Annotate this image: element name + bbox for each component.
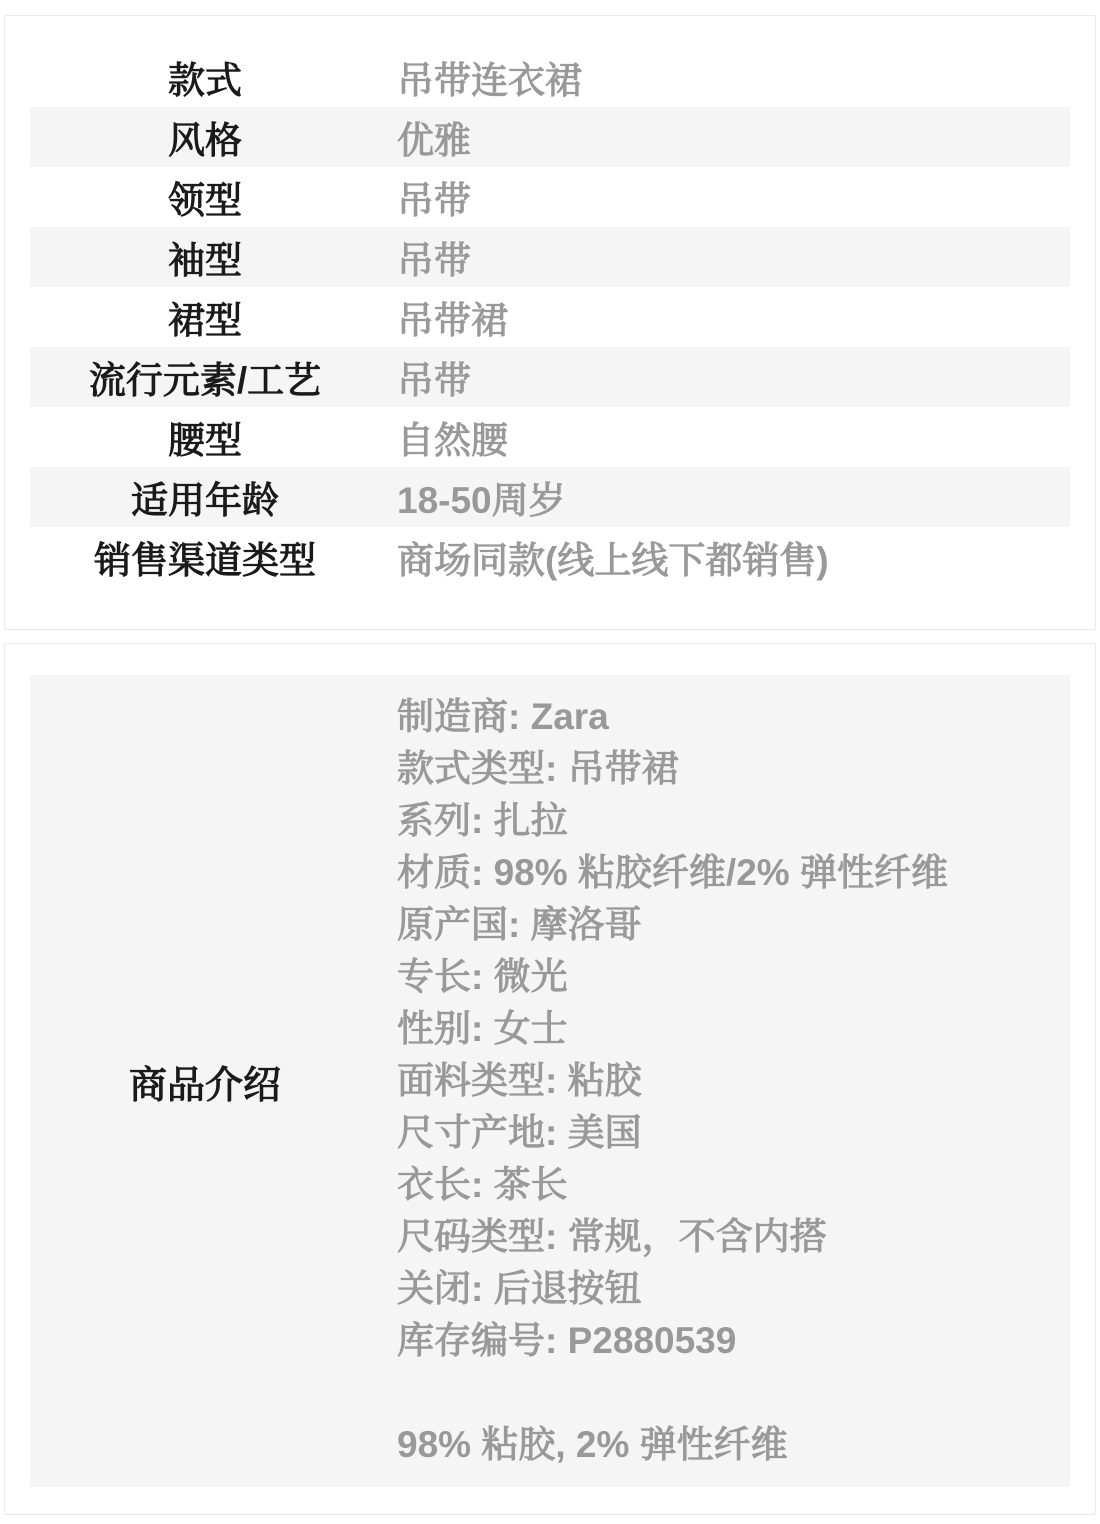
spec-row-value: 吊带连衣裙 — [397, 50, 582, 104]
product-intro-line-origin-country: 原产国: 摩洛哥 — [397, 899, 948, 951]
spec-row-collar-type: 领型 吊带 — [30, 167, 1070, 227]
product-intro-line-material: 材质: 98% 粘胶纤维/2% 弹性纤维 — [397, 847, 948, 899]
spec-row-applicable-age: 适用年龄 18-50周岁 — [30, 467, 1070, 527]
product-intro-card: 商品介绍 制造商: Zara 款式类型: 吊带裙 系列: 扎拉 材质: 98% … — [4, 643, 1096, 1515]
product-intro-content: 制造商: Zara 款式类型: 吊带裙 系列: 扎拉 材质: 98% 粘胶纤维/… — [397, 691, 948, 1471]
product-intro-line-closure: 关闭: 后退按钮 — [397, 1263, 948, 1315]
spec-row-sales-channel: 销售渠道类型 商场同款(线上线下都销售) — [30, 527, 1070, 587]
spec-row-value: 商场同款(线上线下都销售) — [397, 530, 829, 584]
product-intro-line-composition: 98% 粘胶, 2% 弹性纤维 — [397, 1419, 948, 1471]
page: { "colors": { "page_bg": "#ffffff", "car… — [0, 0, 1100, 1524]
spec-row-value: 自然腰 — [397, 410, 508, 464]
spec-row-popular-element: 流行元素/工艺 吊带 — [30, 347, 1070, 407]
spec-row-label: 裙型 — [30, 290, 380, 344]
spec-row-value: 18-50周岁 — [397, 470, 566, 524]
spec-row-value: 优雅 — [397, 110, 471, 164]
spec-row-label: 适用年龄 — [30, 470, 380, 524]
product-intro-section-label: 商品介绍 — [30, 1054, 380, 1109]
product-intro-line-manufacturer: 制造商: Zara — [397, 691, 948, 743]
spec-row-label: 款式 — [30, 50, 380, 104]
product-intro-line-blank — [397, 1367, 948, 1419]
spec-row-label: 袖型 — [30, 230, 380, 284]
spec-row-skirt-type: 裙型 吊带裙 — [30, 287, 1070, 347]
spec-row-label: 腰型 — [30, 410, 380, 464]
product-intro-line-specialty: 专长: 微光 — [397, 951, 948, 1003]
spec-row-value: 吊带裙 — [397, 290, 508, 344]
spec-row-waist-type: 腰型 自然腰 — [30, 407, 1070, 467]
product-intro-line-size-type: 尺码类型: 常规，不含内搭 — [397, 1211, 948, 1263]
product-intro-line-series: 系列: 扎拉 — [397, 795, 948, 847]
spec-row-label: 领型 — [30, 170, 380, 224]
spec-row-style: 款式 吊带连衣裙 — [30, 47, 1070, 107]
product-intro-box: 商品介绍 制造商: Zara 款式类型: 吊带裙 系列: 扎拉 材质: 98% … — [30, 675, 1070, 1487]
spec-row-label: 流行元素/工艺 — [30, 350, 380, 404]
spec-table-card: 款式 吊带连衣裙 风格 优雅 领型 吊带 袖型 吊带 裙型 吊带裙 流行元素/工… — [4, 15, 1096, 630]
spec-row-value: 吊带 — [397, 170, 471, 224]
product-intro-line-fabric-type: 面料类型: 粘胶 — [397, 1055, 948, 1107]
spec-row-fashion-style: 风格 优雅 — [30, 107, 1070, 167]
product-intro-line-stock-number: 库存编号: P2880539 — [397, 1315, 948, 1367]
product-intro-line-gender: 性别: 女士 — [397, 1003, 948, 1055]
spec-row-value: 吊带 — [397, 350, 471, 404]
spec-row-sleeve-type: 袖型 吊带 — [30, 227, 1070, 287]
product-intro-line-size-origin: 尺寸产地: 美国 — [397, 1107, 948, 1159]
product-intro-line-garment-length: 衣长: 茶长 — [397, 1159, 948, 1211]
product-intro-line-style-type: 款式类型: 吊带裙 — [397, 743, 948, 795]
spec-row-label: 销售渠道类型 — [30, 530, 380, 584]
spec-row-label: 风格 — [30, 110, 380, 164]
spec-row-value: 吊带 — [397, 230, 471, 284]
